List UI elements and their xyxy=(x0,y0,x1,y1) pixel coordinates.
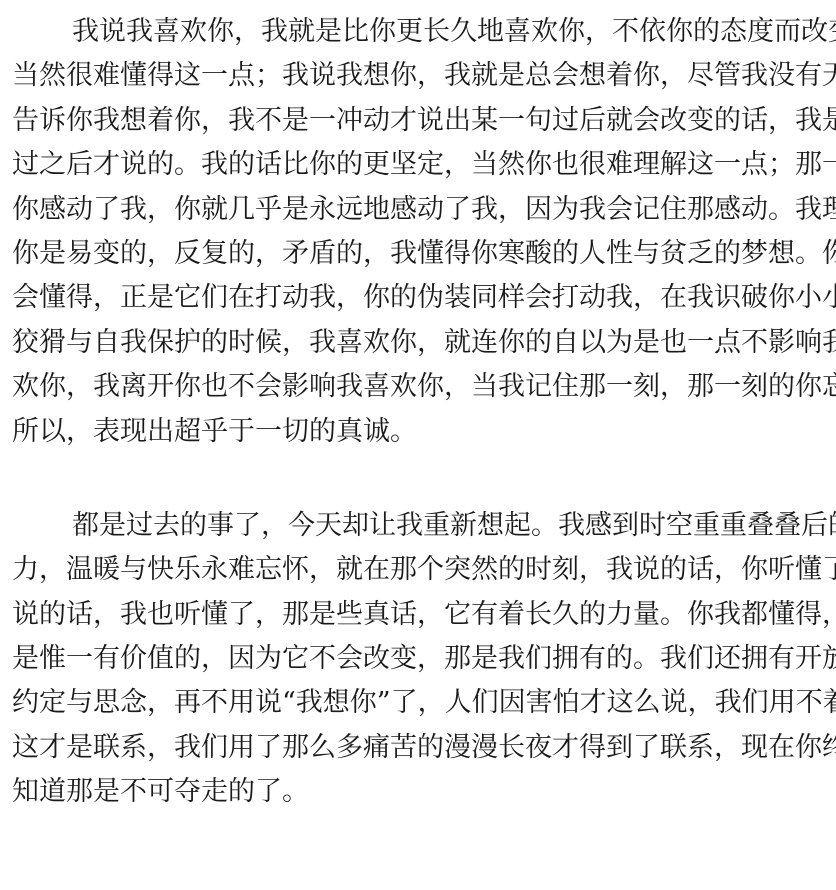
paragraph-1: 我说我喜欢你，我就是比你更长久地喜欢你，不依你的态度而改变，你 当然很难懂得这一… xyxy=(12,12,824,456)
document-page: 我说我喜欢你，我就是比你更长久地喜欢你，不依你的态度而改变，你 当然很难懂得这一… xyxy=(12,12,824,817)
text-line: 我说我喜欢你，我就是比你更长久地喜欢你，不依你的态度而改变，你 xyxy=(12,12,824,56)
text-line: 所以，表现出超乎于一切的真诚。 xyxy=(12,412,824,456)
text-line: 你感动了我，你就几乎是永远地感动了我，因为我会记住那感动。我理解 xyxy=(12,190,824,234)
text-line: 是惟一有价值的，因为它不会改变，那是我们拥有的。我们还拥有开放的 xyxy=(12,639,824,683)
paragraph-2: 都是过去的事了，今天却让我重新想起。我感到时空重重叠叠后的压 力，温暖与快乐永难… xyxy=(12,506,824,817)
text-line: 欢你，我离开你也不会影响我喜欢你，当我记住那一刻，那一刻的你忘乎 xyxy=(12,367,824,411)
text-line: 狡猾与自我保护的时候，我喜欢你，就连你的自以为是也一点不影响我喜 xyxy=(12,323,824,367)
text-line: 说的话，我也听懂了，那是些真话，它有着长久的力量。你我都懂得，那 xyxy=(12,595,824,639)
text-line: 过之后才说的。我的话比你的更坚定，当然你也很难理解这一点；那一次 xyxy=(12,145,824,189)
paragraph-spacer xyxy=(12,456,824,506)
text-line: 会懂得，正是它们在打动我，你的伪装同样会打动我，在我识破你小小的 xyxy=(12,278,824,322)
text-line: 告诉你我想着你，我不是一冲动才说出某一句过后就会改变的话，我是想 xyxy=(12,101,824,145)
text-line: 力，温暖与快乐永难忘怀，就在那个突然的时刻，我说的话，你听懂了，你 xyxy=(12,550,824,594)
text-line: 你是易变的，反复的，矛盾的，我懂得你寒酸的人性与贫乏的梦想。你不 xyxy=(12,234,824,278)
text-line: 都是过去的事了，今天却让我重新想起。我感到时空重重叠叠后的压 xyxy=(12,506,824,550)
text-line: 这才是联系，我们用了那么多痛苦的漫漫长夜才得到了联系，现在你终于 xyxy=(12,728,824,772)
text-line: 约定与思念，再不用说“我想你”了，人们因害怕才这么说，我们用不着， xyxy=(12,683,824,727)
text-line: 知道那是不可夺走的了。 xyxy=(12,772,824,816)
text-line: 当然很难懂得这一点；我说我想你，我就是总会想着你，尽管我没有天天 xyxy=(12,56,824,100)
